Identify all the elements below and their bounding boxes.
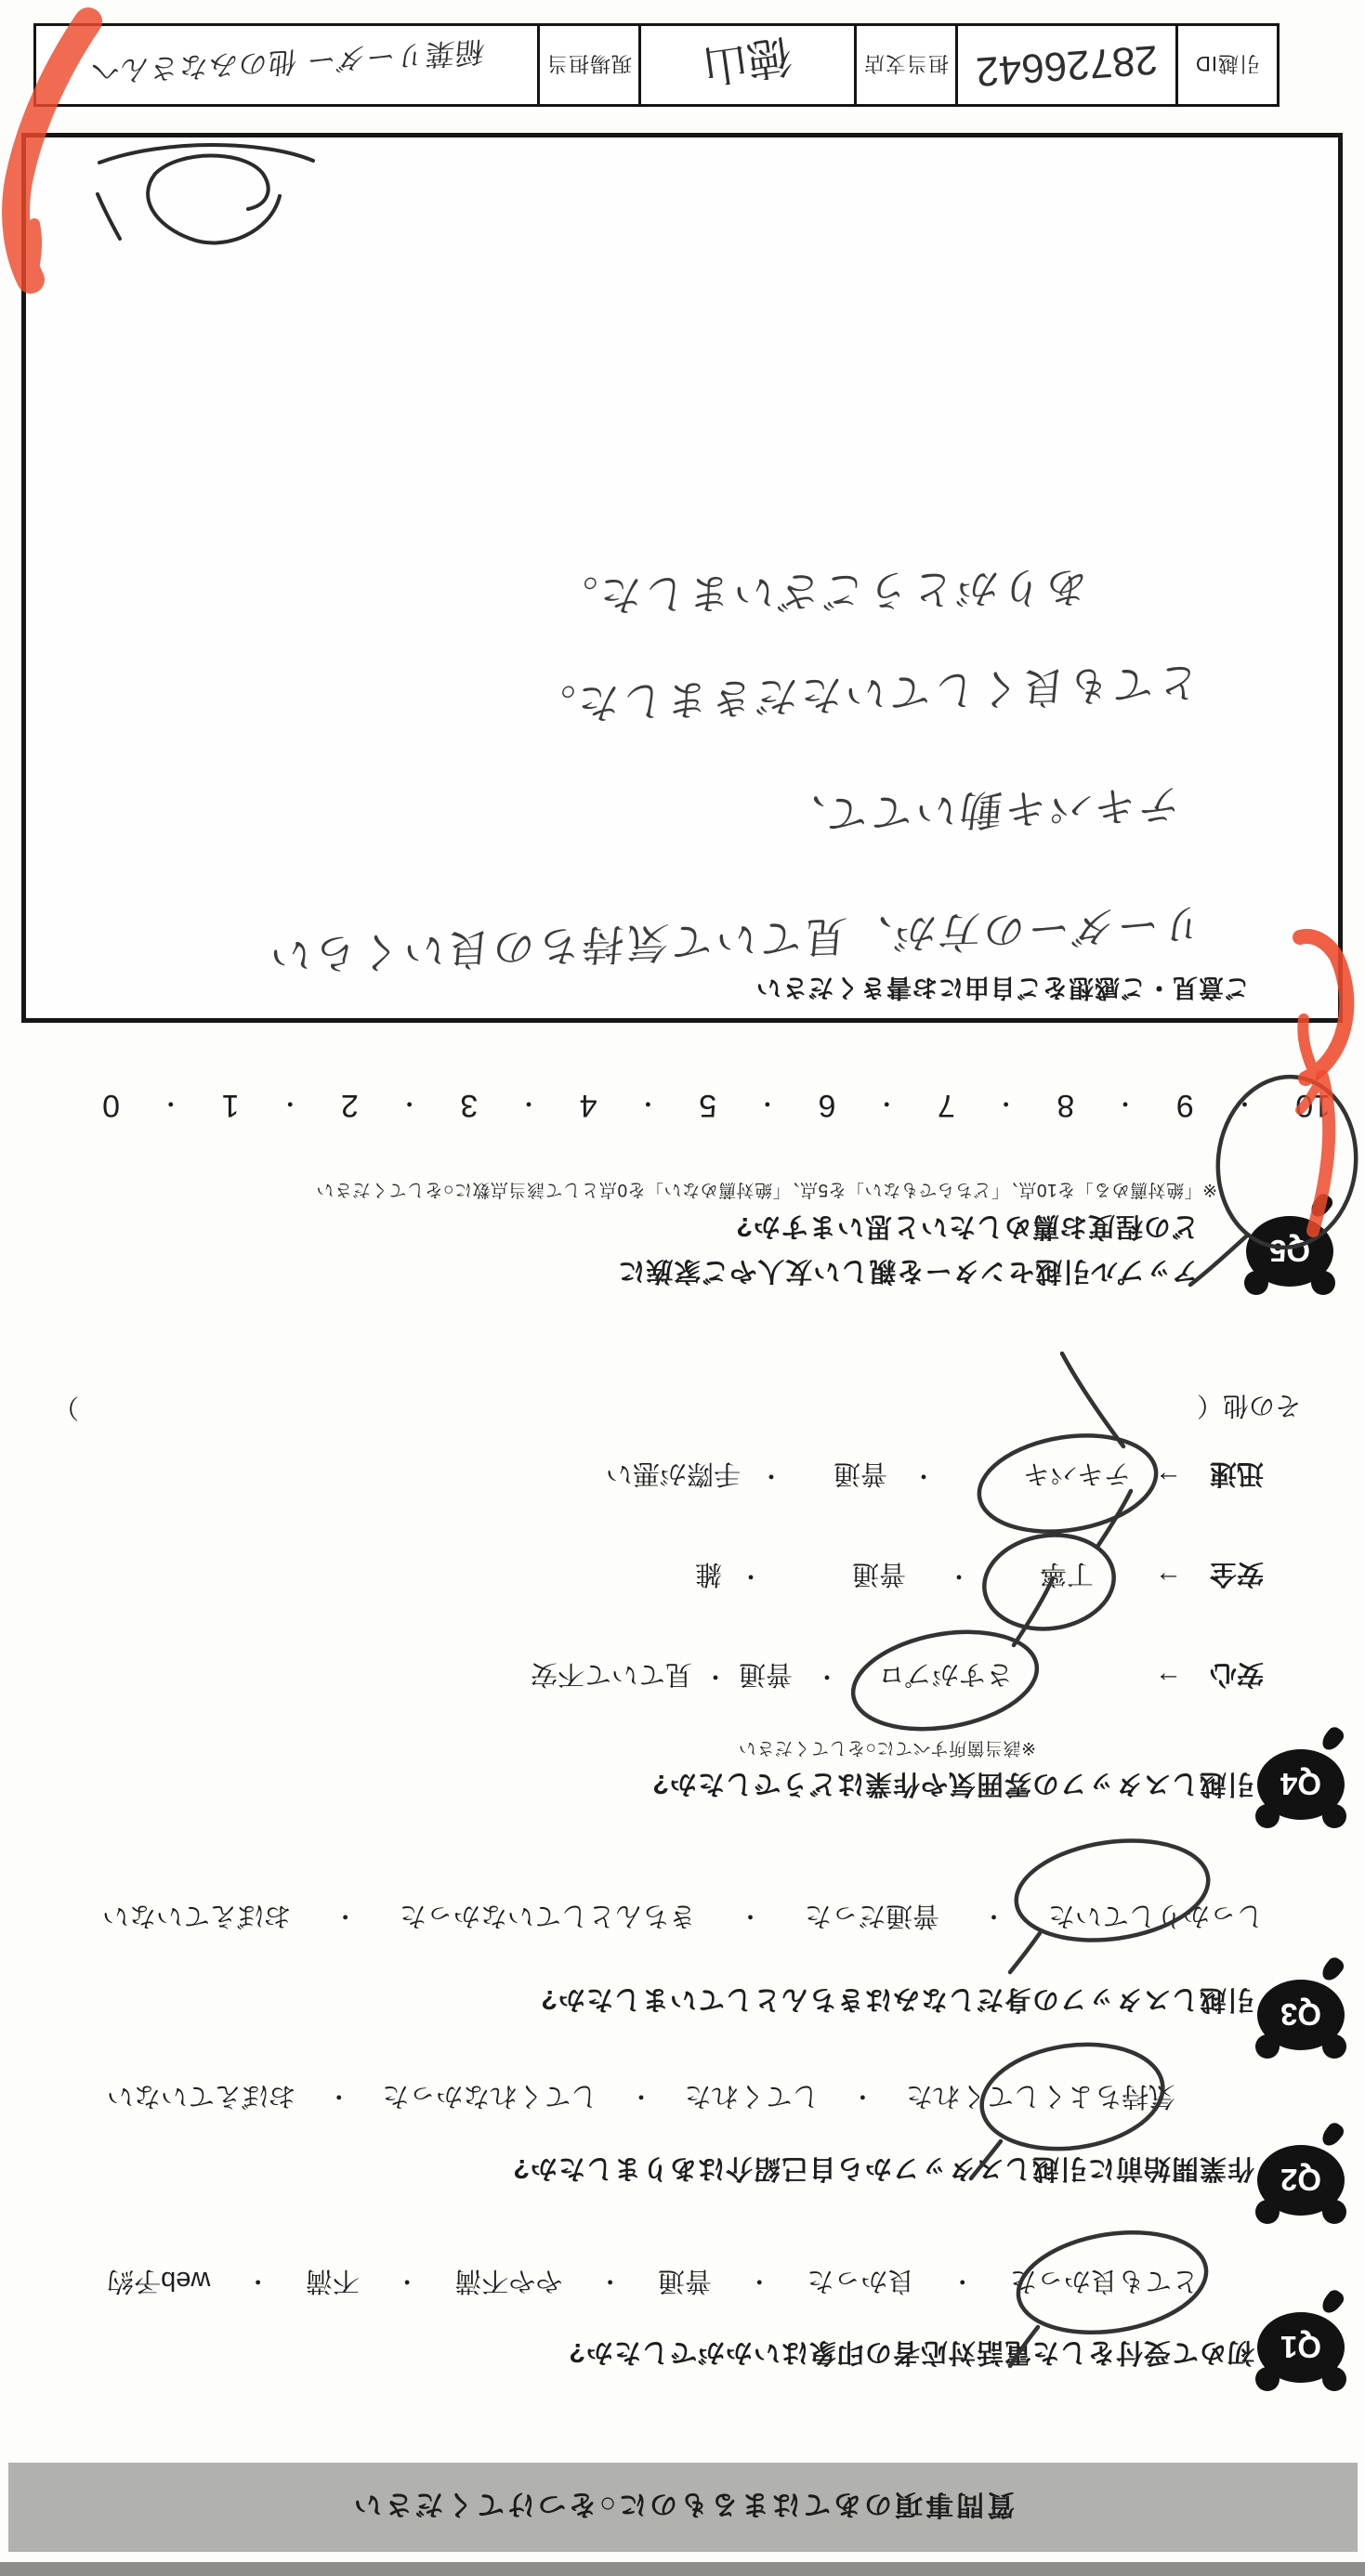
option: やや不満	[454, 2264, 562, 2302]
form-title-bar: 質問事項のあてはまるものに○をつけてください	[8, 2463, 1358, 2552]
arrow-icon: →	[1155, 1665, 1182, 1695]
dot-separator: ・	[159, 1088, 183, 1122]
scale-value: 7	[938, 1087, 955, 1123]
q1-question: 初めて受付をした電話対応者の印象はいかがでしたか?	[568, 2335, 1254, 2373]
scale-value: 0	[102, 1087, 120, 1123]
dot-separator: ・	[629, 2081, 653, 2115]
option: 普通	[833, 1457, 887, 1495]
site-staff-label-cell: 現場担当	[537, 23, 641, 107]
option: してくれなかった	[382, 2079, 597, 2117]
scale-value: 4	[580, 1087, 597, 1123]
dot-separator: ・	[874, 1088, 899, 1122]
q3-options: しっかりしていた・ 普通だった・ きちんとしていなかった・ おぼえていない	[102, 1899, 1264, 1937]
q1-badge-label: Q1	[1253, 2303, 1348, 2390]
option: 丁寧	[1040, 1557, 1094, 1595]
q4-other-label: その他（	[1197, 1389, 1301, 1426]
scale-value: 5	[699, 1087, 716, 1123]
q2-badge-label: Q2	[1253, 2136, 1348, 2223]
option: とても良かった	[1010, 2264, 1199, 2302]
option: 雑	[695, 1557, 722, 1595]
answer-circle-q4-jinsoku	[972, 1353, 1162, 1543]
site-staff-value-cell: 稲葉リーダー 他のみなさんへ	[33, 23, 540, 107]
option: おぼえていない	[107, 2079, 295, 2117]
dot-separator: ・	[951, 2266, 975, 2300]
q1-badge: Q1	[1253, 2303, 1348, 2390]
q5-question-line1: アップル引越センターを親しい友人やご家族に	[617, 1254, 1199, 1292]
option: 不満	[306, 2264, 360, 2302]
upside-down-page: 質問事項のあてはまるものに○をつけてください Q1 初めて受付をした電話対応者の…	[0, 0, 1365, 2576]
q2-question: 作業開始前に引越しスタッフから自己紹介はありましたか?	[512, 2151, 1254, 2190]
q4-row-anzen: 安全 → 丁寧 ・ 普通 ・ 雑	[0, 1556, 1365, 1595]
option: 見ていて不安	[531, 1657, 692, 1695]
scale-value: 2	[341, 1087, 359, 1123]
dot-separator: ・	[517, 1088, 541, 1122]
dot-separator: ・	[747, 2266, 771, 2300]
scale-value: 1	[222, 1087, 240, 1123]
dot-separator: ・	[994, 1088, 1018, 1122]
dot-separator: ・	[334, 1901, 358, 1935]
dot-separator: ・	[327, 2081, 351, 2115]
q2-badge: Q2	[1253, 2136, 1348, 2223]
q3-badge: Q3	[1253, 1970, 1348, 2058]
arrow-icon: →	[1155, 1564, 1182, 1595]
option: web予約	[107, 2264, 210, 2302]
option: しっかりしていた	[1048, 1899, 1264, 1937]
q4-badge-label: Q4	[1253, 1740, 1348, 1827]
move-id-label-cell: 引越ID	[1175, 23, 1280, 107]
q4-other-close-paren: ）	[53, 1391, 79, 1428]
q1-options: とても良かった・ 良かった・ 普通・ やや不満・ 不満・ web予約	[107, 2264, 1199, 2302]
q5-score-scale: 10・ 9・ 8・ 7・ 6・ 5・ 4・ 3・ 2・ 1・ 0	[102, 1087, 1331, 1123]
scale-value: 3	[460, 1087, 478, 1123]
q4-row-jinsoku: 迅速 → テキパキ ・ 普通 ・ 手際が悪い	[0, 1456, 1365, 1495]
dot-separator: ・	[703, 1661, 728, 1695]
dot-separator: ・	[850, 2081, 874, 2115]
site-staff-label: 現場担当	[546, 51, 632, 80]
dot-separator: ・	[739, 1901, 763, 1935]
row-label: 安全	[1210, 1557, 1264, 1595]
q4-question: 引越しスタッフの雰囲気や作業はどうでしたか?	[651, 1767, 1254, 1805]
branch-value-cell: 徳山	[638, 23, 857, 107]
handwritten-comment-line2: テキパキ動いてて、	[777, 778, 1183, 848]
scale-value: 6	[819, 1087, 836, 1123]
scale-value: 10	[1295, 1087, 1331, 1123]
dot-separator: ・	[759, 1460, 783, 1495]
option: 良かった	[807, 2264, 914, 2302]
dot-separator: ・	[395, 2266, 419, 2300]
handwritten-comment-line4: ありがとうございました。	[549, 560, 1090, 630]
q2-options: 気持ちよくしてくれた・ してくれた・ してくれなかった・ おぼえていない	[107, 2079, 1175, 2117]
comment-box-label: ご意見・ご感想をご自由にお書きください	[755, 972, 1250, 1008]
option: 手際が悪い	[606, 1457, 741, 1495]
option: おぼえていない	[102, 1899, 291, 1937]
option: してくれた	[685, 2079, 820, 2117]
scale-value: 8	[1057, 1087, 1074, 1123]
option: さすがプロ	[878, 1657, 1013, 1695]
dot-separator: ・	[1113, 1088, 1137, 1122]
scanned-survey-sheet: 質問事項のあてはまるものに○をつけてください Q1 初めて受付をした電話対応者の…	[0, 0, 1365, 2576]
q4-note: ※該当箇所すべてに○をしてください	[738, 1737, 1036, 1762]
move-id-handwritten: 28726642	[975, 35, 1160, 95]
dot-separator: ・	[755, 1088, 780, 1122]
dot-separator: ・	[246, 2266, 270, 2300]
dot-separator: ・	[947, 1561, 971, 1595]
scale-value: 9	[1176, 1087, 1194, 1123]
scan-edge	[0, 2562, 1365, 2576]
dot-separator: ・	[815, 1661, 839, 1695]
q4-badge: Q4	[1253, 1740, 1348, 1827]
option: きちんとしていなかった	[400, 1899, 696, 1937]
option: 普通だった	[805, 1899, 939, 1937]
dot-separator: ・	[278, 1088, 302, 1122]
option: 気持ちよくしてくれた	[906, 2079, 1175, 2117]
row-label: 安心	[1210, 1657, 1264, 1695]
dot-separator: ・	[982, 1901, 1006, 1935]
q5-note: ※「絶対薦める」を10点、「どちらでもない」を5点、「絶対薦めない」を0点として…	[316, 1179, 1217, 1204]
branch-label-cell: 担当支店	[854, 23, 958, 107]
site-staff-handwritten: 稲葉リーダー 他のみなさんへ	[87, 33, 485, 97]
arrow-icon: →	[1155, 1464, 1182, 1495]
q3-badge-label: Q3	[1253, 1970, 1348, 2058]
option: テキパキ	[1023, 1457, 1131, 1495]
dot-separator: ・	[739, 1561, 763, 1595]
form-title: 質問事項のあてはまるものに○をつけてください	[351, 2487, 1015, 2528]
dot-separator: ・	[598, 2266, 623, 2300]
dot-separator: ・	[912, 1460, 936, 1495]
row-label: 迅速	[1210, 1457, 1264, 1495]
move-id-label: 引越ID	[1195, 51, 1260, 80]
branch-handwritten: 徳山	[699, 27, 796, 103]
staff-info-table: 引越ID 28726642 担当支店 徳山 現場担当 稲葉リーダー 他のみなさん…	[33, 23, 1280, 107]
option: 普通	[852, 1557, 906, 1595]
q5-badge: Q5	[1242, 1207, 1337, 1294]
dot-separator: ・	[398, 1088, 422, 1122]
dot-separator: ・	[1232, 1088, 1256, 1122]
q4-row-anshin: 安心 → さすがプロ ・ 普通 ・ 見ていて不安	[0, 1656, 1365, 1695]
branch-label: 担当支店	[863, 51, 949, 80]
q5-badge-label: Q5	[1242, 1207, 1337, 1294]
dot-separator: ・	[636, 1088, 660, 1122]
q3-question: 引越しスタッフの身だしなみはきちんとしていましたか?	[540, 1982, 1254, 2020]
option: 普通	[658, 2264, 712, 2302]
q5-question-line2: どの程度お薦めしたいと思いますか?	[735, 1210, 1199, 1248]
option: 普通	[739, 1657, 793, 1695]
move-id-value-cell: 28726642	[955, 23, 1178, 107]
